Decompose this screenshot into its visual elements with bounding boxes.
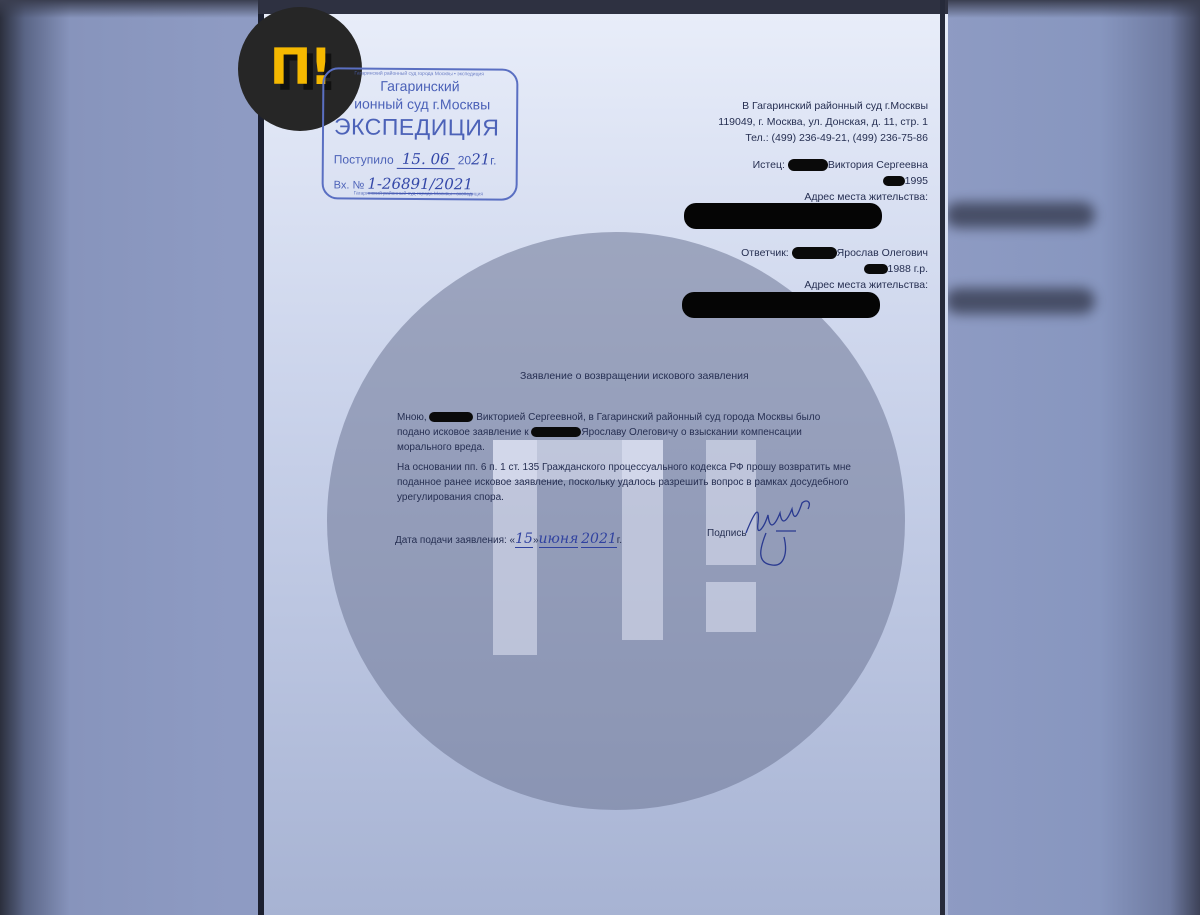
- defendant-block: Ответчик: Ярослав Олегович 1988 г.р. Адр…: [741, 245, 928, 293]
- redaction: [788, 159, 828, 171]
- blurred-redaction-bar: [945, 202, 1095, 228]
- redaction: [864, 264, 888, 274]
- stamp-rim-text: Гагаринский районный суд города Москвы •…: [354, 71, 484, 78]
- logo-icon: П!: [270, 38, 331, 96]
- addressee-phone: Тел.: (499) 236-49-21, (499) 236-75-86: [718, 130, 928, 146]
- plaintiff-birth-year: 1995: [905, 175, 928, 187]
- defendant-address-label: Адрес места жительства:: [741, 277, 928, 293]
- stamp-court-line2: ионный суд г.Москвы: [354, 96, 490, 113]
- plaintiff-block: Истец: Виктория Сергеевна 1995 Адрес мес…: [753, 157, 928, 205]
- addressee-block: В Гагаринский районный суд г.Москвы 1190…: [718, 98, 928, 146]
- signature-icon: [736, 493, 826, 573]
- addressee-address: 119049, г. Москва, ул. Донская, д. 11, с…: [718, 114, 928, 130]
- para1-text: морального вреда.: [397, 442, 485, 453]
- stamp-received-label: Поступило: [334, 152, 394, 166]
- para1-text: Ярославу Олеговичу о взыскании компенсац…: [581, 427, 801, 438]
- redaction: [883, 176, 905, 186]
- defendant-name: Ярослав Олегович: [837, 247, 928, 259]
- para1-text: Мною,: [397, 412, 427, 423]
- filing-date-month: июня: [539, 531, 579, 548]
- redaction-plaintiff-address: [684, 203, 882, 229]
- document-title: Заявление о возвращении искового заявлен…: [520, 370, 749, 382]
- filing-date-label: Дата подачи заявления:: [395, 535, 507, 546]
- stamp-year-hand: 21: [471, 150, 490, 168]
- watermark-glyph-bar: [706, 582, 756, 632]
- redaction: [429, 412, 473, 422]
- plaintiff-label: Истец:: [753, 159, 785, 171]
- plaintiff-name: Виктория Сергеевна: [828, 159, 928, 171]
- filing-date-suffix: г.: [617, 535, 622, 546]
- paper-top-edge: [258, 0, 948, 14]
- paragraph-1: Мною, Викторией Сергеевной, в Гагарински…: [397, 410, 847, 455]
- filing-date-row: Дата подачи заявления: «15»июня 2021г.: [395, 531, 622, 547]
- defendant-label: Ответчик:: [741, 247, 789, 259]
- para1-text: Викторией Сергеевной, в Гагаринский райо…: [476, 412, 820, 423]
- stamp-received-date: 15. 06: [397, 150, 454, 169]
- paper-right-edge: [940, 0, 945, 915]
- court-stamp: Гагаринский районный суд города Москвы •…: [322, 67, 519, 200]
- stamp-year-prefix: 20: [458, 153, 471, 167]
- filing-date-day: 15: [515, 531, 533, 548]
- addressee-court: В Гагаринский районный суд г.Москвы: [718, 98, 928, 114]
- stamp-rim-text: Гагаринский районный суд города Москвы •…: [354, 191, 484, 198]
- blurred-redaction-bar: [945, 288, 1095, 314]
- stamp-year-suffix: г.: [490, 153, 496, 167]
- redaction: [531, 427, 581, 437]
- filing-date-year: 2021: [581, 531, 617, 548]
- redaction-defendant-address: [682, 292, 880, 318]
- redaction: [792, 247, 837, 259]
- stamp-court-line1: Гагаринский: [380, 78, 459, 95]
- para1-text: подано исковое заявление к: [397, 427, 529, 438]
- stamp-received-row: Поступило 15. 06 2021г.: [334, 149, 497, 168]
- defendant-birth-year: 1988 г.р.: [888, 263, 929, 275]
- stamp-department: ЭКСПЕДИЦИЯ: [334, 113, 500, 141]
